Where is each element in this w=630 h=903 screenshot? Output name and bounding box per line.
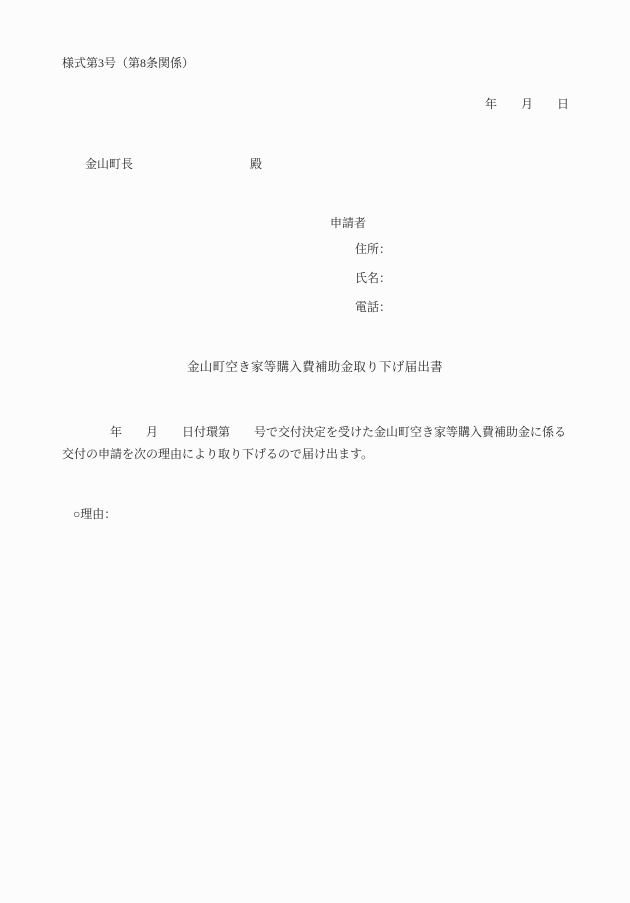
addressee-honorific: 殿 [250,158,262,170]
reason-label: ○理由： [73,508,116,520]
document-title: 金山町空き家等購入費補助金取り下げ届出書 [0,361,630,374]
body-text-line2: 交付の申請を次の理由により取り下げるので届け出ます。 [62,448,373,460]
body-text-line1: 年 月 日付環第 号で交付決定を受けた金山町空き家等購入費補助金に係る [62,426,566,438]
applicant-name-label: 氏名： [355,272,391,284]
form-number: 様式第3号（第8条関係） [62,57,194,69]
applicant-phone-label: 電話： [355,301,391,313]
applicant-address-label: 住所： [355,243,391,255]
document-page: 様式第3号（第8条関係） 年 月 日 金山町長 殿 申請者 住所： 氏名： 電話… [0,0,630,903]
date-line: 年 月 日 [485,98,569,110]
addressee-name: 金山町長 [85,158,133,170]
applicant-label: 申請者 [330,217,366,229]
